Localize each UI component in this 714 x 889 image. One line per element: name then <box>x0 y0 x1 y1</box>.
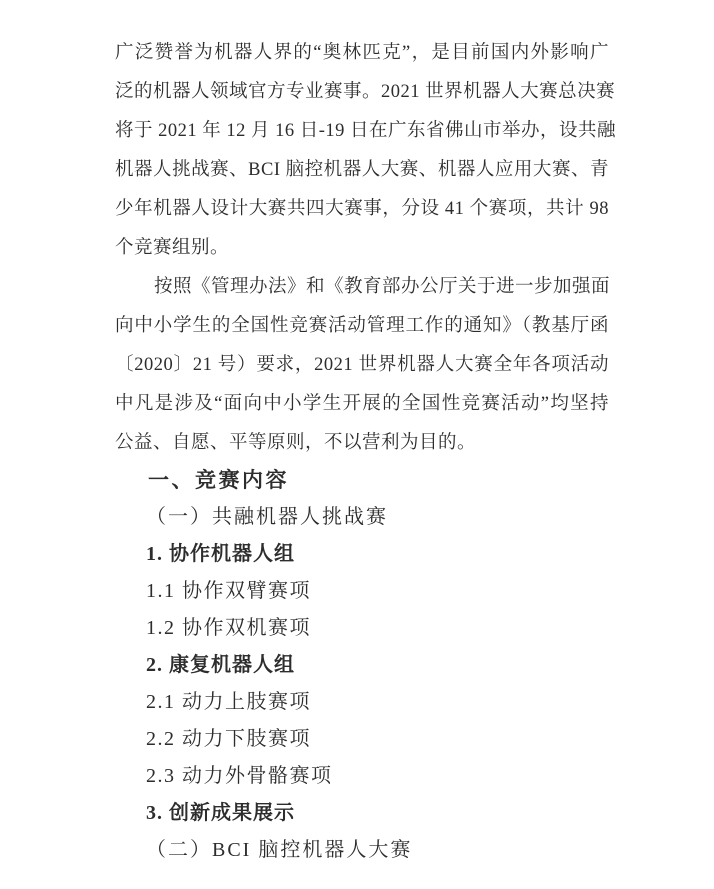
body-line: 将于 2021 年 12 月 16 日-19 日在广东省佛山市举办，设共融 <box>115 112 609 151</box>
body-line: 〔2020〕21 号）要求，2021 世界机器人大赛全年各项活动 <box>115 346 609 385</box>
body-line: 公益、自愿、平等原则，不以营利为目的。 <box>115 424 609 463</box>
body-line: 泛的机器人领域官方专业赛事。2021 世界机器人大赛总决赛 <box>115 73 609 112</box>
outline-item-group-2: 2. 康复机器人组 <box>146 647 609 684</box>
section-heading-competition-content: 一、竞赛内容 <box>148 463 609 499</box>
competition-outline: （一）共融机器人挑战赛 1. 协作机器人组 1.1 协作双臂赛项 1.2 协作双… <box>115 499 609 869</box>
paragraph-policy: 按照《管理办法》和《教育部办公厅关于进一步加强面 向中小学生的全国性竞赛活动管理… <box>115 268 609 463</box>
body-line: 少年机器人设计大赛共四大赛事，分设 41 个赛项，共计 98 <box>115 190 609 229</box>
outline-item-group-1: 1. 协作机器人组 <box>146 536 609 573</box>
outline-item-subsection-2: （二）BCI 脑控机器人大赛 <box>146 832 609 869</box>
outline-item-event-1-1: 1.1 协作双臂赛项 <box>146 573 609 610</box>
document-body: 广泛赞誉为机器人界的“奥林匹克”，是目前国内外影响广 泛的机器人领域官方专业赛事… <box>115 34 609 869</box>
body-line: 机器人挑战赛、BCI 脑控机器人大赛、机器人应用大赛、青 <box>115 151 609 190</box>
body-line: 中凡是涉及“面向中小学生开展的全国性竞赛活动”均坚持 <box>115 385 609 424</box>
outline-item-event-2-2: 2.2 动力下肢赛项 <box>146 721 609 758</box>
body-line: 个竞赛组别。 <box>115 229 609 268</box>
body-line: 向中小学生的全国性竞赛活动管理工作的通知》（教基厅函 <box>115 307 609 346</box>
body-line: 按照《管理办法》和《教育部办公厅关于进一步加强面 <box>115 268 609 307</box>
outline-item-group-3: 3. 创新成果展示 <box>146 795 609 832</box>
outline-item-event-2-3: 2.3 动力外骨骼赛项 <box>146 758 609 795</box>
outline-item-subsection-1: （一）共融机器人挑战赛 <box>146 499 609 536</box>
body-line: 广泛赞誉为机器人界的“奥林匹克”，是目前国内外影响广 <box>115 34 609 73</box>
outline-item-event-2-1: 2.1 动力上肢赛项 <box>146 684 609 721</box>
document-page: 广泛赞誉为机器人界的“奥林匹克”，是目前国内外影响广 泛的机器人领域官方专业赛事… <box>0 0 714 889</box>
paragraph-intro: 广泛赞誉为机器人界的“奥林匹克”，是目前国内外影响广 泛的机器人领域官方专业赛事… <box>115 34 609 268</box>
outline-item-event-1-2: 1.2 协作双机赛项 <box>146 610 609 647</box>
